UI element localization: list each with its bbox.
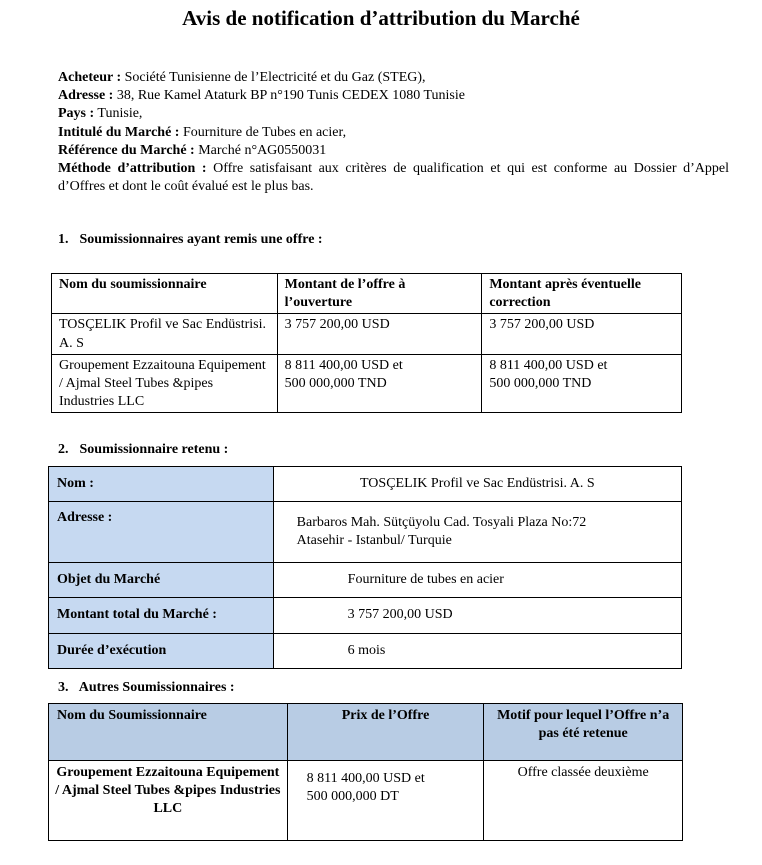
- other-bidders-table: Nom du Soumissionnaire Prix de l’Offre M…: [48, 703, 683, 841]
- amount-line: 8 811 400,00 USD et: [489, 357, 674, 375]
- table-row: TOSÇELIK Profil ve Sac Endüstrisi. A. S …: [52, 314, 682, 354]
- amount-line: 3 757 200,00 USD: [285, 316, 475, 334]
- contract-title-label: Intitulé du Marché :: [58, 125, 179, 140]
- table-row: Groupement Ezzaitouna Equipement / Ajmal…: [52, 354, 682, 413]
- duration-value: 6 mois: [273, 634, 681, 669]
- section-2-title: Soumissionnaire retenu :: [80, 442, 229, 457]
- corrected-amount-cell: 8 811 400,00 USD et 500 000,000 TND: [482, 354, 682, 413]
- table-row: Groupement Ezzaitouna Equipement / Ajmal…: [49, 761, 683, 841]
- address-line: Adresse : 38, Rue Kamel Ataturk BP n°190…: [58, 87, 729, 105]
- document-title: Avis de notification d’attribution du Ma…: [0, 6, 762, 31]
- country-value: Tunisie,: [94, 106, 142, 121]
- table-header-row: Nom du Soumissionnaire Prix de l’Offre M…: [49, 704, 683, 761]
- address-label: Adresse :: [58, 88, 113, 103]
- contract-object-label: Objet du Marché: [49, 563, 274, 598]
- amount-line: 500 000,000 TND: [489, 375, 674, 393]
- bidder-name-cell: TOSÇELIK Profil ve Sac Endüstrisi. A. S: [52, 314, 278, 354]
- offer-price-cell: 8 811 400,00 USD et 500 000,000 DT: [287, 761, 484, 841]
- address-value: 38, Rue Kamel Ataturk BP n°190 Tunis CED…: [113, 88, 465, 103]
- bidder-name-cell: Groupement Ezzaitouna Equipement / Ajmal…: [49, 761, 288, 841]
- buyer-info-block: Acheteur : Société Tunisienne de l’Elect…: [58, 69, 729, 196]
- award-method-line: Méthode d’attribution : Offre satisfaisa…: [58, 160, 729, 196]
- value-line: Atasehir - Istanbul/ Turquie: [297, 532, 681, 550]
- section-1-heading: 1. Soumissionnaires ayant remis une offr…: [58, 232, 323, 248]
- section-2-number: 2.: [58, 442, 76, 458]
- winner-address-label: Adresse :: [49, 502, 274, 563]
- amount-line: 8 811 400,00 USD et: [307, 770, 480, 788]
- winner-name-value: TOSÇELIK Profil ve Sac Endüstrisi. A. S: [273, 467, 681, 502]
- value-line: 3 757 200,00 USD: [348, 606, 681, 624]
- winner-address-value: Barbaros Mah. Sütçüyolu Cad. Tosyali Pla…: [273, 502, 681, 563]
- total-amount-value: 3 757 200,00 USD: [273, 598, 681, 634]
- contract-reference-value: Marché n°AG0550031: [195, 143, 327, 158]
- contract-object-value: Fourniture de tubes en acier: [273, 563, 681, 598]
- contract-title-line: Intitulé du Marché : Fourniture de Tubes…: [58, 124, 729, 142]
- value-line: Fourniture de tubes en acier: [348, 571, 681, 589]
- section-2-heading: 2. Soumissionnaire retenu :: [58, 442, 228, 458]
- country-label: Pays :: [58, 106, 94, 121]
- column-header-bidder-name: Nom du Soumissionnaire: [49, 704, 288, 761]
- column-header-rejection-reason: Motif pour lequel l’Offre n’a pas été re…: [484, 704, 683, 761]
- value-line: Barbaros Mah. Sütçüyolu Cad. Tosyali Pla…: [297, 514, 681, 532]
- section-3-number: 3.: [58, 680, 76, 696]
- section-3-title: Autres Soumissionnaires :: [79, 680, 235, 695]
- total-amount-label: Montant total du Marché :: [49, 598, 274, 634]
- bidder-name-cell: Groupement Ezzaitouna Equipement / Ajmal…: [52, 354, 278, 413]
- section-3-heading: 3. Autres Soumissionnaires :: [58, 680, 235, 696]
- contract-reference-label: Référence du Marché :: [58, 143, 195, 158]
- amount-line: 500 000,000 TND: [285, 375, 475, 393]
- country-line: Pays : Tunisie,: [58, 105, 729, 123]
- corrected-amount-cell: 3 757 200,00 USD: [482, 314, 682, 354]
- rejection-reason-cell: Offre classée deuxième: [484, 761, 683, 841]
- table-row: Durée d’exécution 6 mois: [49, 634, 682, 669]
- column-header-bidder-name: Nom du soumissionnaire: [52, 274, 278, 314]
- amount-line: 8 811 400,00 USD et: [285, 357, 475, 375]
- amount-line: 500 000,000 DT: [307, 788, 480, 806]
- duration-label: Durée d’exécution: [49, 634, 274, 669]
- winning-bidder-table: Nom : TOSÇELIK Profil ve Sac Endüstrisi.…: [48, 466, 682, 669]
- amount-line: 3 757 200,00 USD: [489, 316, 674, 334]
- column-header-opening-amount: Montant de l’offre à l’ouverture: [277, 274, 482, 314]
- buyer-value: Société Tunisienne de l’Electricité et d…: [121, 70, 425, 85]
- winner-name-label: Nom :: [49, 467, 274, 502]
- bidders-table: Nom du soumissionnaire Montant de l’offr…: [51, 273, 682, 413]
- value-line: 6 mois: [348, 642, 681, 660]
- table-row: Nom : TOSÇELIK Profil ve Sac Endüstrisi.…: [49, 467, 682, 502]
- contract-title-value: Fourniture de Tubes en acier,: [179, 125, 346, 140]
- opening-amount-cell: 8 811 400,00 USD et 500 000,000 TND: [277, 354, 482, 413]
- column-header-offer-price: Prix de l’Offre: [287, 704, 484, 761]
- section-1-title: Soumissionnaires ayant remis une offre :: [80, 232, 323, 247]
- award-method-label: Méthode d’attribution :: [58, 161, 207, 176]
- buyer-line: Acheteur : Société Tunisienne de l’Elect…: [58, 69, 729, 87]
- value-line: TOSÇELIK Profil ve Sac Endüstrisi. A. S: [274, 475, 681, 493]
- table-header-row: Nom du soumissionnaire Montant de l’offr…: [52, 274, 682, 314]
- section-1-number: 1.: [58, 232, 76, 248]
- column-header-corrected-amount: Montant après éventuelle correction: [482, 274, 682, 314]
- opening-amount-cell: 3 757 200,00 USD: [277, 314, 482, 354]
- table-row: Adresse : Barbaros Mah. Sütçüyolu Cad. T…: [49, 502, 682, 563]
- buyer-label: Acheteur :: [58, 70, 121, 85]
- table-row: Montant total du Marché : 3 757 200,00 U…: [49, 598, 682, 634]
- table-row: Objet du Marché Fourniture de tubes en a…: [49, 563, 682, 598]
- contract-reference-line: Référence du Marché : Marché n°AG0550031: [58, 142, 729, 160]
